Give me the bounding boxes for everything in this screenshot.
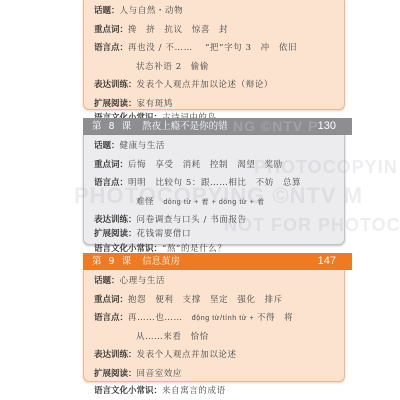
- grammar-value: 明明 比较句 5：跟……相比 不妨 总算: [128, 178, 301, 188]
- lesson-7-card: 话题：人与自然・动物 重点词：搀 挤 抗议 惊喜 封 语言点：再也没 / 不………: [83, 0, 345, 110]
- grammar-value: 再……也……: [128, 313, 192, 323]
- lesson-9-title: 信息茧房: [142, 256, 180, 267]
- lesson-9-keywords: 重点词：抱怨 便利 支撑 坚定 强化 排斥: [94, 291, 344, 310]
- lesson-8-grammar: 语言点：明明 比较句 5：跟……相比 不妨 总算: [94, 174, 344, 193]
- reading-value: 家有斑鸠: [137, 99, 173, 109]
- lesson-9-number: 第 9 课: [92, 256, 133, 267]
- grammar-value: 再也没 / 不…… “把”字句 3 冲 依旧: [128, 43, 297, 53]
- topic-label: 话题：: [94, 141, 120, 151]
- reading-label: 扩展阅读：: [94, 369, 137, 379]
- keywords-value: 后悔 享受 消耗 控制 渴望 奖励: [128, 160, 283, 170]
- expression-label: 表达训练：: [94, 80, 137, 90]
- lesson-9-expression: 表达训练：发表个人观点并加以论述: [94, 346, 344, 365]
- lesson-9-card: 话题：心理与生活 重点词：抱怨 便利 支撑 坚定 强化 排斥 语言点：再……也……: [83, 270, 345, 382]
- lesson-8-topic: 话题：健康与生活: [94, 137, 344, 156]
- reading-label: 扩展阅读：: [94, 229, 137, 239]
- lesson-8-grammar-cont: 难怪 dòng từ + 着 + dòng từ + 着: [94, 193, 344, 212]
- lesson-8-page: 130: [318, 118, 336, 135]
- topic-label: 话题：: [94, 6, 120, 16]
- expression-value: 发表个人观点并加以论述: [137, 350, 237, 360]
- reading-label: 扩展阅读：: [94, 99, 137, 109]
- grammar-value-cont: 状态补语 2 偷偷: [136, 62, 209, 72]
- lesson-7-keywords: 重点词：搀 挤 抗议 惊喜 封: [94, 21, 344, 40]
- reading-value: 回音室效应: [137, 369, 183, 379]
- keywords-value: 抱怨 便利 支撑 坚定 强化 排斥: [128, 295, 283, 305]
- grammar-value-tail: 不得 将: [257, 313, 293, 323]
- grammar-label: 语言点：: [94, 178, 128, 188]
- lesson-9-page: 147: [318, 253, 336, 270]
- culture-value: 来自寓言的成语: [162, 386, 226, 396]
- lesson-8-keywords: 重点词：后悔 享受 消耗 控制 渴望 奖励: [94, 156, 344, 175]
- topic-value: 健康与生活: [120, 141, 166, 151]
- grammar-value-cont: 从……来看 恰恰: [136, 332, 209, 342]
- keywords-value: 搀 挤 抗议 惊喜 封: [128, 25, 228, 35]
- lesson-9-grammar: 语言点：再……也…… động từ/tính từ + 不得 将: [94, 309, 344, 328]
- topic-label: 话题：: [94, 276, 120, 286]
- lesson-8-title: 熬夜上瘾不是你的错: [142, 121, 228, 132]
- expression-label: 表达训练：: [94, 215, 137, 225]
- lesson-7-expression: 表达训练：发表个人观点并加以论述（辩论）: [94, 76, 344, 95]
- topic-value: 心理与生活: [120, 276, 166, 286]
- keywords-label: 重点词：: [94, 295, 128, 305]
- expression-label: 表达训练：: [94, 350, 137, 360]
- lesson-7-topic: 话题：人与自然・动物: [94, 2, 344, 21]
- lesson-9-topic: 话题：心理与生活: [94, 272, 344, 291]
- culture-label: 语言文化小常识：: [94, 386, 162, 396]
- keywords-label: 重点词：: [94, 160, 128, 170]
- lesson-7-grammar-cont: 状态补语 2 偷偷: [94, 58, 344, 77]
- lesson-7-grammar: 语言点：再也没 / 不…… “把”字句 3 冲 依旧: [94, 39, 344, 58]
- topic-value: 人与自然・动物: [120, 6, 184, 16]
- lesson-9-culture: 语言文化小常识：来自寓言的成语: [94, 382, 344, 400]
- grammar-pinyin: dòng từ + 着 + dòng từ + 着: [163, 199, 264, 206]
- lesson-9-grammar-cont: 从……来看 恰恰: [94, 328, 344, 347]
- grammar-value-cont: 难怪: [136, 197, 163, 207]
- lesson-8-header[interactable]: 第 8 课 熬夜上瘾不是你的错 NG ©NTV P 130: [83, 118, 352, 135]
- keywords-label: 重点词：: [94, 25, 128, 35]
- grammar-label: 语言点：: [94, 313, 128, 323]
- expression-value: 发表个人观点并加以论述（辩论）: [137, 80, 274, 90]
- lesson-8-card: 话题：健康与生活 重点词：后悔 享受 消耗 控制 渴望 奖励 语言点：明明 比较…: [83, 135, 345, 245]
- reading-value: 花钱需要借口: [137, 229, 192, 239]
- expression-value: 问卷调查与口头 / 书面报告: [137, 215, 247, 225]
- watermark: NG ©NTV P: [233, 118, 318, 135]
- lesson-8-number: 第 8 课: [92, 121, 133, 132]
- grammar-pinyin: động từ/tính từ +: [192, 315, 257, 322]
- lesson-9-header[interactable]: 第 9 课 信息茧房 147: [83, 253, 352, 270]
- grammar-label: 语言点：: [94, 43, 128, 53]
